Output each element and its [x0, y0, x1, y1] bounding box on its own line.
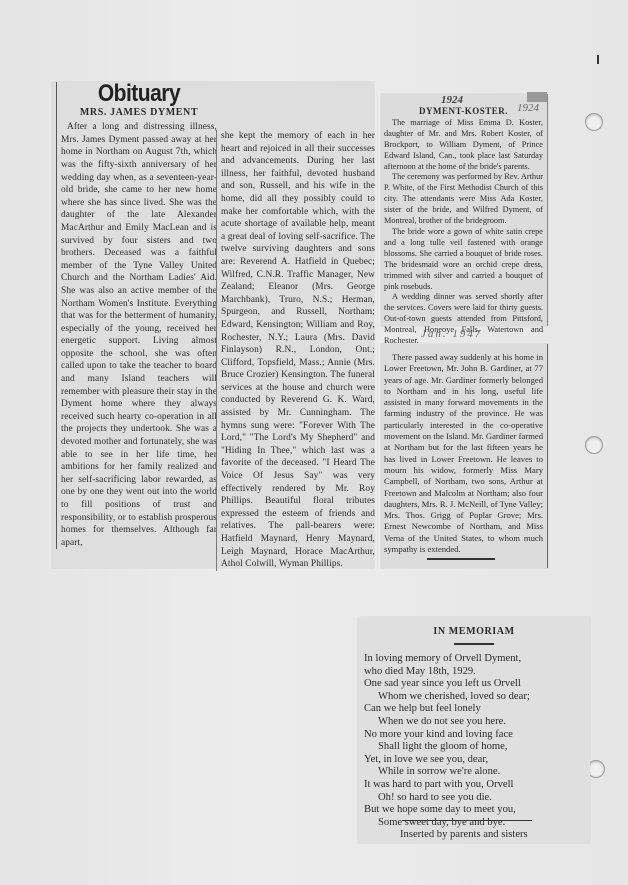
memoriam-line: When we do not see you here. [364, 716, 590, 729]
memoriam-line: who died May 18th, 1929. [364, 666, 590, 679]
memoriam-line: Whom we cherished, loved so dear; [364, 691, 590, 704]
obituary-subtitle: MRS. JAMES DYMENT [61, 107, 217, 120]
scrapbook-page: Sept. 1947 Obituary MRS. JAMES DYMENT Af… [0, 0, 628, 885]
in-memoriam-clipping: IN MEMORIAM In loving memory of Orvell D… [358, 617, 590, 843]
gardiner-pencil-note: Jan. 1947 [421, 328, 482, 340]
memoriam-poem: In loving memory of Orvell Dyment, who d… [358, 653, 590, 842]
memoriam-line: Shall light the gloom of home, [364, 741, 590, 754]
wedding-clipping: 1924 1924 DYMENT-KOSTER. The marriage of… [381, 94, 548, 326]
obituary-column-2: she kept the memory of each in her heart… [216, 130, 375, 571]
obituary-clipping: Obituary MRS. JAMES DYMENT After a long … [52, 82, 374, 568]
wedding-year-note-2: 1924 [517, 102, 539, 114]
memoriam-title: IN MEMORIAM [358, 626, 590, 637]
divider-rule [427, 558, 495, 560]
ink-mark [597, 55, 599, 64]
obituary-title: Obituary [61, 87, 217, 101]
obituary-text-1: After a long and distressing illness, Mr… [61, 121, 217, 549]
memoriam-line: It was hard to part with you, Orvell [364, 779, 590, 792]
wedding-paragraph: The marriage of Miss Emma D. Koster, dau… [384, 118, 543, 173]
wedding-year-note: 1924 [441, 94, 463, 106]
gardiner-text: There passed away suddenly at his home i… [384, 352, 543, 555]
divider-rule [454, 643, 494, 645]
memoriam-signature: Inserted by parents and sisters [364, 829, 590, 842]
obituary-text-2: she kept the memory of each in her heart… [221, 130, 375, 571]
wedding-paragraph: The bride wore a gown of white satin cre… [384, 227, 543, 292]
memoriam-line: One sad year since you left us Orvell [364, 678, 590, 691]
tape-mark [527, 92, 547, 102]
memoriam-line: Oh! so hard to see you die. [364, 792, 590, 805]
gardiner-obituary-clipping: Jan. 1947 There passed away suddenly at … [381, 344, 548, 568]
wedding-paragraph: The ceremony was performed by Rev. Arthu… [384, 172, 543, 227]
memoriam-line: Some sweet day, bye and bye. [364, 817, 590, 830]
obituary-column-1: Obituary MRS. JAMES DYMENT After a long … [56, 82, 217, 549]
memoriam-line: Can we help but feel lonely [364, 703, 590, 716]
punch-hole-middle [585, 436, 603, 454]
memoriam-line: But we hope some day to meet you, [364, 804, 590, 817]
divider-rule [402, 820, 532, 821]
memoriam-line: No more your kind and loving face [364, 729, 590, 742]
memoriam-line: While in sorrow we're alone. [364, 766, 590, 779]
punch-hole-top [585, 113, 603, 131]
memoriam-line: Yet, in love we see you, dear, [364, 754, 590, 767]
memoriam-line: In loving memory of Orvell Dyment, [364, 653, 590, 666]
